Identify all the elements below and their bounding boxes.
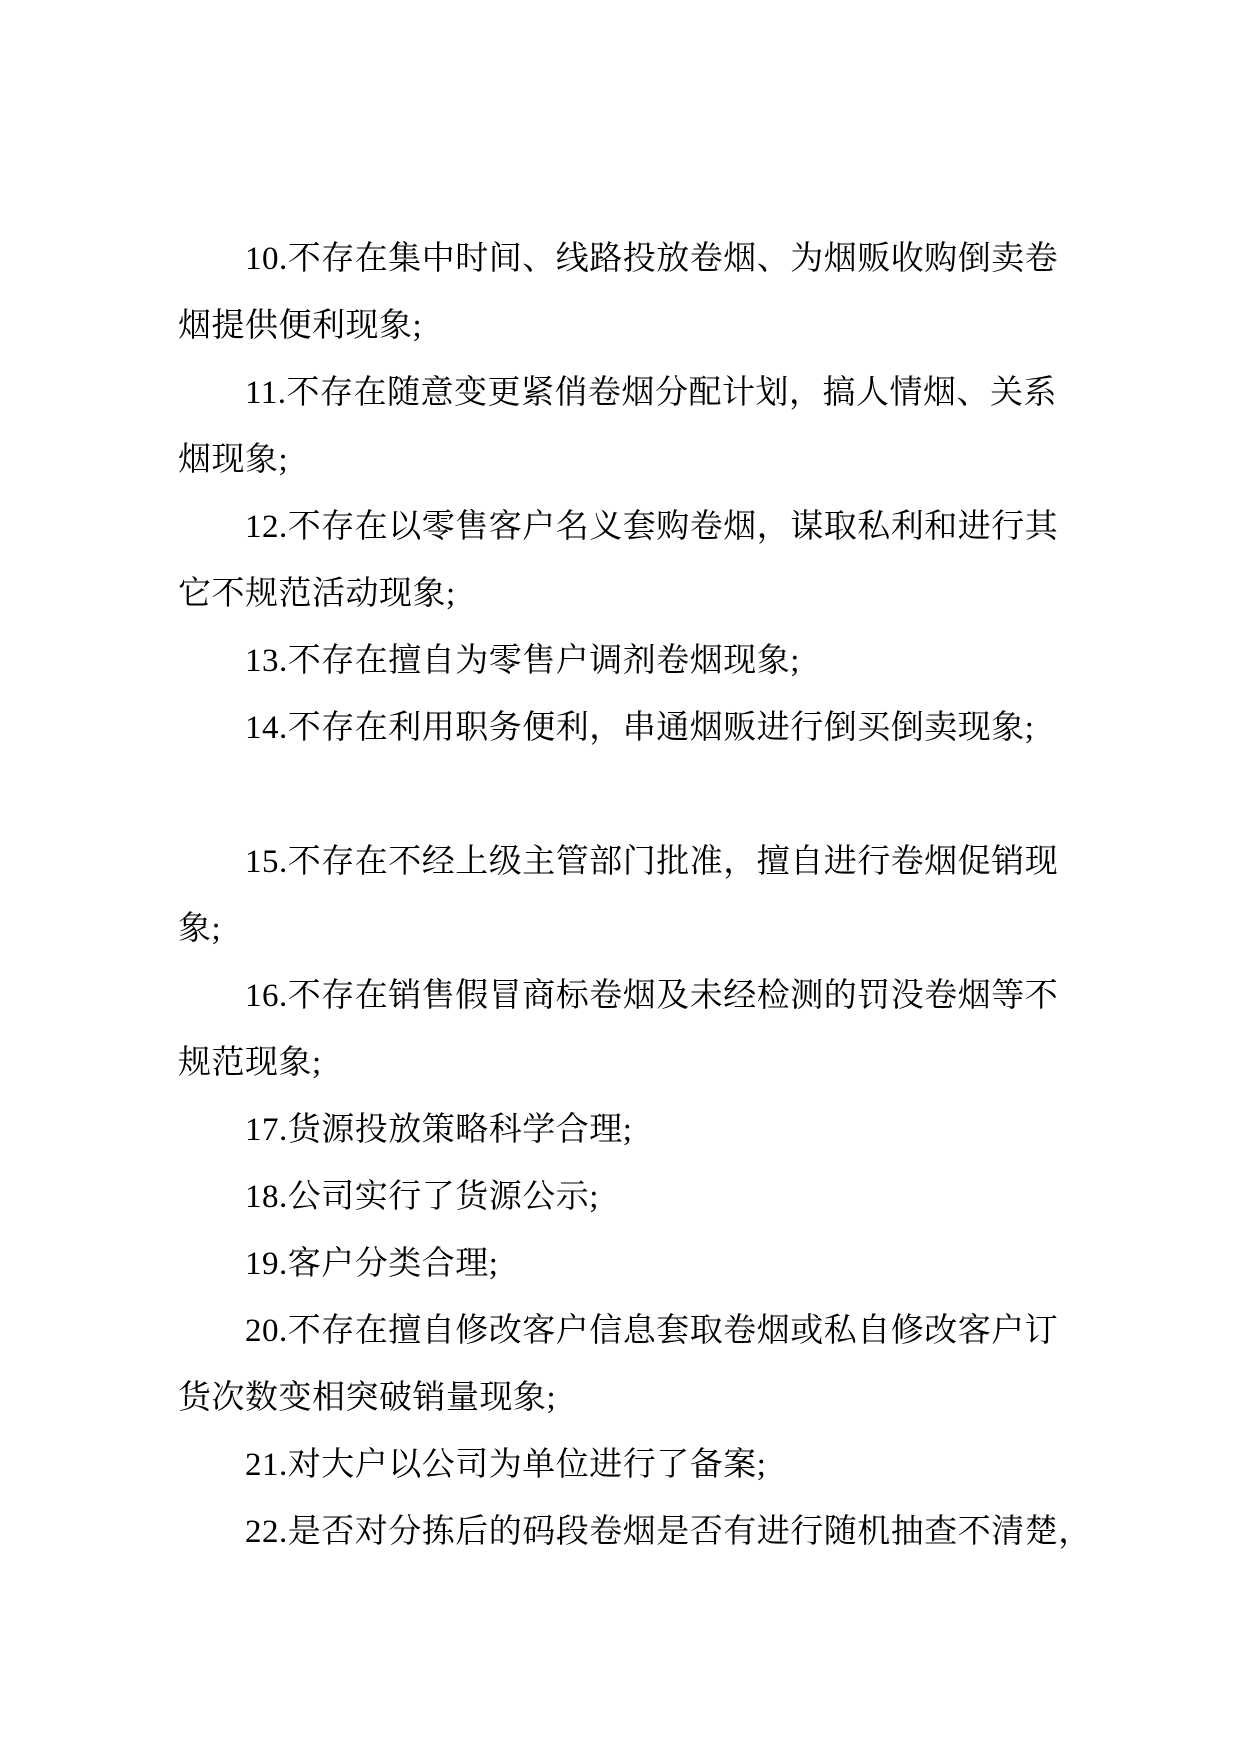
document-line: 22.是否对分拣后的码段卷烟是否有进行随机抽查不清楚， <box>178 1499 1108 1566</box>
document-line: 12.不存在以零售客户名义套购卷烟，谋取私利和进行其 <box>178 494 1108 561</box>
document-line: 13.不存在擅自为零售户调剂卷烟现象; <box>178 628 1108 695</box>
document-line: 烟提供便利现象; <box>178 293 1108 360</box>
document-page: 10.不存在集中时间、线路投放卷烟、为烟贩收购倒卖卷烟提供便利现象;11.不存在… <box>0 0 1241 1754</box>
document-line: 21.对大户以公司为单位进行了备案; <box>178 1432 1108 1499</box>
document-text-block: 10.不存在集中时间、线路投放卷烟、为烟贩收购倒卖卷烟提供便利现象;11.不存在… <box>178 226 1108 1566</box>
document-line: 货次数变相突破销量现象; <box>178 1365 1108 1432</box>
document-line: 11.不存在随意变更紧俏卷烟分配计划，搞人情烟、关系 <box>178 360 1108 427</box>
blank-line <box>178 762 1108 829</box>
document-line: 20.不存在擅自修改客户信息套取卷烟或私自修改客户订 <box>178 1298 1108 1365</box>
document-line: 16.不存在销售假冒商标卷烟及未经检测的罚没卷烟等不 <box>178 963 1108 1030</box>
document-line: 19.客户分类合理; <box>178 1231 1108 1298</box>
document-line: 象; <box>178 896 1108 963</box>
document-line: 14.不存在利用职务便利，串通烟贩进行倒买倒卖现象; <box>178 695 1108 762</box>
document-line: 它不规范活动现象; <box>178 561 1108 628</box>
document-line: 规范现象; <box>178 1030 1108 1097</box>
document-line: 18.公司实行了货源公示; <box>178 1164 1108 1231</box>
document-line: 15.不存在不经上级主管部门批准，擅自进行卷烟促销现 <box>178 829 1108 896</box>
document-line: 烟现象; <box>178 427 1108 494</box>
document-line: 17.货源投放策略科学合理; <box>178 1097 1108 1164</box>
document-line: 10.不存在集中时间、线路投放卷烟、为烟贩收购倒卖卷 <box>178 226 1108 293</box>
